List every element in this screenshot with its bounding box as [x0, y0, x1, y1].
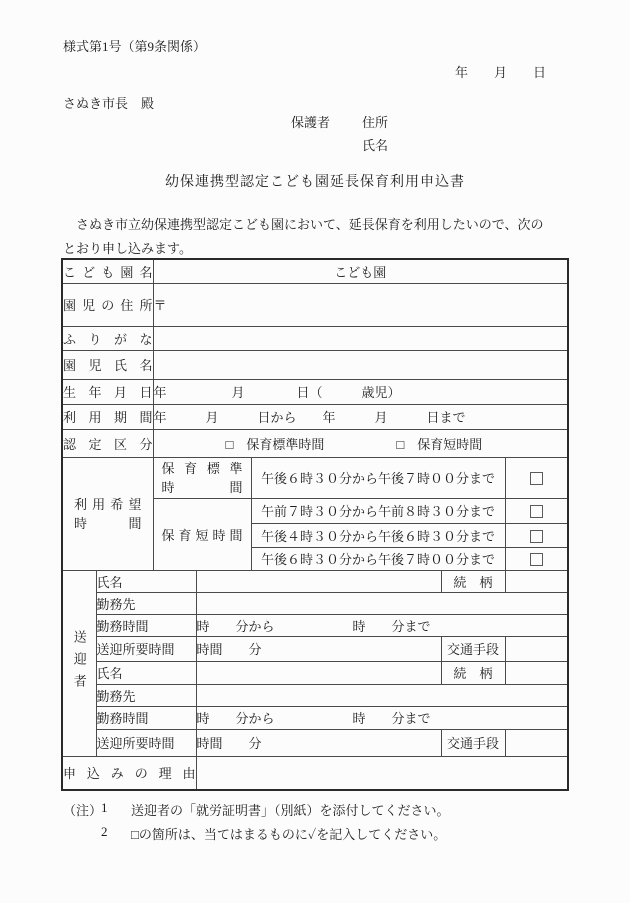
intro-line-2: とおり申し込みます。: [63, 241, 192, 256]
checkbox-icon: [530, 505, 543, 518]
escort2-relation-field: [505, 661, 568, 684]
garden-name-value: こども園: [153, 259, 568, 283]
escort1-name-label: 氏名: [96, 570, 196, 592]
time-slot-1-checkbox-cell: [505, 457, 568, 498]
intro-line-1: さぬき市立幼保連携型認定こども園において、延長保育を利用したいので、次の: [63, 217, 543, 232]
short-time-label: 保育短時間: [153, 498, 251, 570]
note-1-text: 送迎者の「就労証明書」（別紙）を添付してください。: [131, 800, 450, 819]
escort-section-label-text: 送迎者: [73, 630, 86, 696]
addressee: さぬき市長 殿: [63, 93, 154, 112]
time-slot-1: 午後６時３０分から午後７時００分まで: [251, 457, 505, 498]
form-number: 様式第1号（第9条関係）: [63, 36, 206, 55]
category-label: 認定区分: [62, 429, 153, 457]
birth-label: 生年月日: [62, 379, 153, 404]
period-label: 利用期間: [62, 404, 153, 429]
furigana-label: ふりがな: [62, 326, 153, 350]
escort-section-label: 送迎者: [62, 570, 96, 756]
escort2-work-hours-label: 勤務時間: [96, 706, 196, 729]
escort1-work-hours-field: 時 分から 時 分まで: [196, 614, 568, 636]
escort2-workplace-label: 勤務先: [96, 684, 196, 706]
category-options: □ 保育標準時間 □ 保育短時間: [153, 429, 568, 457]
category-short-option: □ 保育短時間: [396, 434, 482, 453]
escort2-workplace-field: [196, 684, 568, 706]
checkbox-icon: [530, 530, 543, 543]
standard-time-label-line1: 保育標準: [162, 459, 243, 478]
birth-field: 年 月 日（ 歳児）: [153, 379, 568, 404]
checkbox-icon: [530, 472, 543, 485]
time-slot-3-checkbox-cell: [505, 523, 568, 547]
child-name-field: [153, 350, 568, 379]
escort2-name-label: 氏名: [96, 661, 196, 684]
child-address-field: 〒: [153, 283, 568, 326]
child-name-label: 園児氏名: [62, 350, 153, 379]
document-title: 幼保連携型認定こども園延長保育利用申込書: [0, 171, 630, 191]
note-2-text: □の箇所は、当てはまるものに✓を記入してください。: [131, 824, 446, 843]
escort2-transport-field: [505, 729, 568, 756]
escort1-transport-label: 交通手段: [441, 636, 505, 661]
reason-field: [196, 756, 568, 790]
time-slot-2: 午前７時３０分から午前８時３０分まで: [251, 498, 505, 523]
note-1-number: 1: [101, 800, 108, 816]
checkbox-icon: [530, 553, 543, 566]
desired-time-label-line1: 利用希望: [74, 495, 142, 514]
furigana-field: [153, 326, 568, 350]
application-form-page: 様式第1号（第9条関係） 年 月 日 さぬき市長 殿 保護者 住所 氏名 幼保連…: [0, 0, 630, 903]
time-slot-4-checkbox-cell: [505, 547, 568, 570]
garden-name-label: こども園名: [62, 259, 153, 283]
escort2-relation-label: 続柄: [441, 661, 505, 684]
desired-time-label-line2: 時間: [74, 514, 142, 533]
time-slot-3: 午後４時３０分から午後６時３０分まで: [251, 523, 505, 547]
guardian-label: 保護者: [291, 112, 330, 131]
escort2-work-hours-field: 時 分から 時 分まで: [196, 706, 568, 729]
note-2-number: 2: [101, 824, 108, 840]
category-standard-option: □ 保育標準時間: [226, 434, 325, 453]
application-table: こども園名 こども園 園児の住所 〒 ふりがな 園児氏名 生年月日 年 月 日（…: [61, 258, 569, 791]
escort1-work-hours-label: 勤務時間: [96, 614, 196, 636]
escort1-relation-field: [505, 570, 568, 592]
note-2: 2 □の箇所は、当てはまるものに✓を記入してください。: [0, 824, 630, 846]
standard-time-label-line2: 時間: [162, 478, 243, 497]
escort1-name-field: [196, 570, 441, 592]
time-slot-2-checkbox-cell: [505, 498, 568, 523]
standard-time-label: 保育標準 時間: [153, 457, 251, 498]
escort1-relation-label: 続柄: [441, 570, 505, 592]
note-1: （注） 1 送迎者の「就労証明書」（別紙）を添付してください。: [0, 800, 630, 822]
desired-time-label: 利用希望 時間: [62, 457, 153, 570]
date-line: 年 月 日: [455, 62, 546, 81]
escort1-travel-time-label: 送迎所要時間: [96, 636, 196, 661]
note-prefix: （注）: [63, 800, 102, 819]
period-field: 年 月 日から 年 月 日まで: [153, 404, 568, 429]
child-address-label: 園児の住所: [62, 283, 153, 326]
reason-label: 申込みの理由: [62, 756, 196, 790]
intro-paragraph: さぬき市立幼保連携型認定こども園において、延長保育を利用したいので、次のとおり申…: [63, 213, 571, 261]
escort1-transport-field: [505, 636, 568, 661]
escort2-travel-time-field: 時間 分: [196, 729, 441, 756]
guardian-name-label: 氏名: [362, 135, 388, 154]
escort2-travel-time-label: 送迎所要時間: [96, 729, 196, 756]
escort1-workplace-label: 勤務先: [96, 592, 196, 614]
time-slot-4: 午後６時３０分から午後７時００分まで: [251, 547, 505, 570]
guardian-address-label: 住所: [362, 112, 388, 131]
escort1-travel-time-field: 時間 分: [196, 636, 441, 661]
escort1-workplace-field: [196, 592, 568, 614]
escort2-name-field: [196, 661, 441, 684]
escort2-transport-label: 交通手段: [441, 729, 505, 756]
